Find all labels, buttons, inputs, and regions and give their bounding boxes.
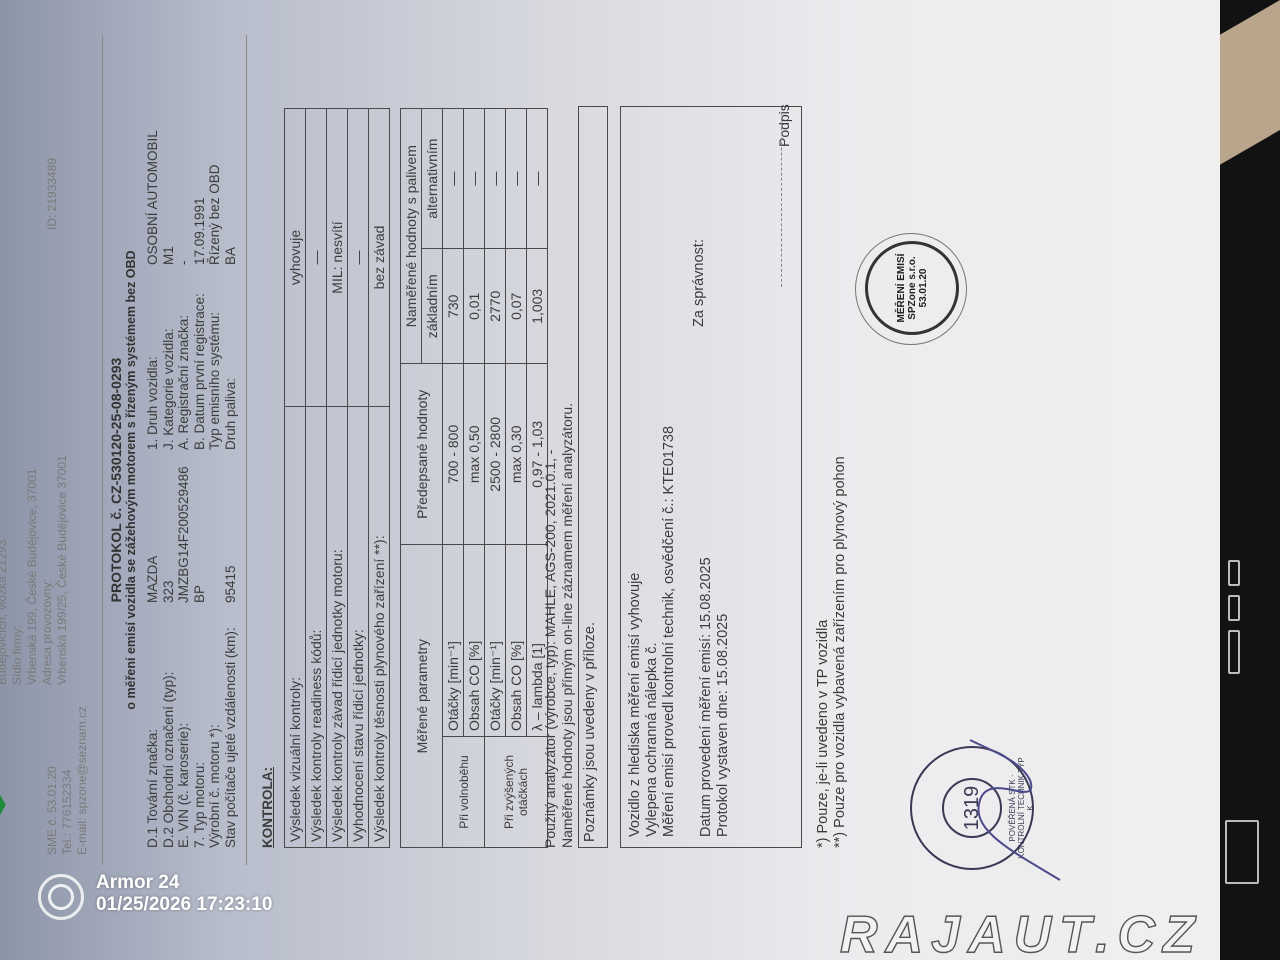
vehicle-info-right: 1. Druh vozidla:OSOBNÍ AUTOMOBILJ. Kateg… [145,130,238,450]
measurement-group: Při volnoběhu [443,737,485,848]
check-label: Výsledek kontroly readiness kódů: [306,407,327,848]
section-heading-kontrola: KONTROLA: [260,767,275,848]
pcb-pad [1228,595,1240,621]
watermark: RAJAUT.CZ [840,905,1203,960]
vehicle-field-value: 17.09.1991 [192,197,207,265]
camera-timestamp: 01/25/2026 17:23:10 [96,894,272,916]
check-label: Výsledek kontroly závad řídicí jednotky … [327,407,348,848]
analyzer-note: Naměřené hodnoty jsou přímým on-line záz… [559,403,576,848]
operator-seat-label: Sídlo firmy: [10,455,25,685]
remarks-box: Poznámky jsou uvedeny v příloze. [578,106,608,848]
protocol-page: CZ SPZone s.r.o. +420 777 154 437 · tabu… [0,30,1080,930]
signature-scribble-icon [950,730,1070,890]
correctness-label: Za správnost: [691,239,707,327]
check-row: Výsledek kontroly readiness kódů:— [306,109,327,848]
measurement-basic: 0,01 [464,249,485,364]
footnotes: *) Pouze, je-li uvedeno v TP vozidla **)… [815,456,849,848]
pcb-connector [1225,820,1259,884]
issue-date: Protokol vystaven dne: 15.08.2025 [715,117,732,837]
checks-table: Výsledek vizuální kontroly:vyhovujeVýsle… [284,108,390,848]
vehicle-info-left: D.1 Tovární značka:MAZDAD.2 Obchodní ozn… [145,466,238,848]
result-box: Vozidlo z hlediska měření emisí vyhovuje… [620,106,802,848]
check-row: Vyhodnocení stavu řídicí jednotky:— [348,109,369,848]
measurements-table: Měřené parametryPředepsané hodnotyNaměře… [400,108,548,848]
signature-line [781,107,782,287]
header-prescribed: Předepsané hodnoty [401,364,443,545]
protocol-subtitle: o měření emisí vozidla se zážehovým moto… [124,30,138,930]
vehicle-field: D.1 Tovární značka:MAZDA [145,466,161,848]
vehicle-field-value: JMZBG14F200529486 [176,466,191,603]
operator-id: ID: 21933489 [45,158,59,230]
stamp-company-code: 53.01.20 [918,269,929,308]
operator-seat: Vrbenská 199, České Budějovice, 37001 [25,455,40,685]
measurement-alternative: — [527,109,548,249]
vehicle-field: Výrobní č. motoru *): [207,466,223,848]
vehicle-field-label: Stav počítače ujeté vzdálenosti (km): [223,603,239,848]
vehicle-field-value: 95415 [223,565,238,603]
sticker-number: Vylepena ochranná nálepka č. [644,117,661,837]
measurement-row: Při zvýšených otáčkáchOtáčky [min⁻¹]2500… [485,109,506,848]
divider [246,35,247,865]
measurement-prescribed: 2500 - 2800 [485,364,506,545]
footnote: **) Pouze pro vozidla vybavená zařízením… [832,456,849,848]
phone: Tel.: 776152334 [60,706,75,855]
header-alternative: alternativním [422,109,443,249]
operator-site: Vrbenská 199/25, České Budějovice 37001 [55,455,70,685]
sme-number: SME č. 53.01.20 [45,706,60,855]
station-contact: SME č. 53.01.20 Tel.: 776152334 E-mail: … [45,706,90,855]
analyzer-info: Použitý analyzátor (výrobce, typ): MAHLE… [542,403,576,848]
technician-certificate: Měření emisí provedl kontrolní technik, … [661,117,678,837]
vehicle-field: B. Datum první registrace:17.09.1991 [192,130,208,450]
measurement-basic: 0,07 [506,249,527,364]
measurement-alternative: — [485,109,506,249]
vehicle-field-value: BA [223,247,238,265]
operator-info: Název provozovatele: SPZone s.r.o., vede… [0,455,70,685]
vehicle-field-label: 1. Druh vozidla: [145,265,161,450]
vehicle-field-label: D.1 Tovární značka: [145,603,161,848]
stamp-company-name: SPZone s.r.o. [907,256,918,319]
vehicle-field-label: J. Kategorie vozidla: [161,265,177,450]
vehicle-field-label: Výrobní č. motoru *): [207,603,223,848]
stamp-company-top: MĚŘENÍ EMISÍ [896,254,907,323]
operator-site-label: Adresa provozovny: [40,455,55,685]
vehicle-field: 1. Druh vozidla:OSOBNÍ AUTOMOBIL [145,130,161,450]
pcb-pad [1228,560,1240,586]
vehicle-field-value: 323 [161,580,176,603]
check-value: vyhovuje [285,109,306,407]
vehicle-field-value: Řízený bez OBD [207,164,222,265]
camera-device: Armor 24 [96,872,179,894]
vehicle-field-label: Druh paliva: [223,265,239,450]
vehicle-field: Druh paliva:BA [223,130,239,450]
vehicle-field-label: B. Datum první registrace: [192,265,208,450]
check-row: Výsledek vizuální kontroly:vyhovuje [285,109,306,848]
vehicle-field: J. Kategorie vozidla:M1 [161,130,177,450]
check-value: — [348,109,369,407]
check-label: Vyhodnocení stavu řídicí jednotky: [348,407,369,848]
header-measured: Naměřené hodnoty s palivem [401,109,422,364]
vehicle-field-value: OSOBNÍ AUTOMOBIL [145,130,160,265]
vehicle-field: E. VIN (č. karoserie):JMZBG14F200529486 [176,466,192,848]
check-row: Výsledek kontroly těsnosti plynového zař… [369,109,390,848]
measurement-prescribed: 700 - 800 [443,364,464,545]
check-label: Výsledek kontroly těsnosti plynového zař… [369,407,390,848]
measurement-basic: 2770 [485,249,506,364]
vehicle-field-label: Typ emisního systému: [207,265,223,450]
header-basic: základním [422,249,443,364]
vehicle-field-value: BP [192,585,207,603]
vehicle-field: D.2 Obchodní označení (typ):323 [161,466,177,848]
measurement-alternative: — [443,109,464,249]
result-verdict: Vozidlo z hlediska měření emisí vyhovuje [627,117,644,837]
measurement-alternative: — [506,109,527,249]
remarks-text: Poznámky jsou uvedeny v příloze. [579,107,601,847]
signature-label: Podpis [776,104,792,147]
company-stamp: MĚŘENÍ EMISÍ SPZone s.r.o. 53.01.20 [865,241,959,335]
vehicle-field-label: 7. Typ motoru: [192,603,208,848]
stk-logo-icon [0,750,8,860]
footnote: *) Pouze, je-li uvedeno v TP vozidla [815,456,832,848]
measurement-date: Datum provedení měření emisí: 15.08.2025 [698,117,715,837]
check-label: Výsledek vizuální kontroly: [285,407,306,848]
analyzer-line: Použitý analyzátor (výrobce, typ): MAHLE… [542,403,559,848]
vehicle-field-label: D.2 Obchodní označení (typ): [161,603,177,848]
vehicle-field-label: A. Registrační značka: [176,265,192,450]
pcb-pad [1228,630,1240,674]
measurement-row: Při volnoběhuOtáčky [min⁻¹]700 - 800730— [443,109,464,848]
measurement-param: Obsah CO [%] [506,545,527,737]
vehicle-field: A. Registrační značka:- [176,130,192,450]
vehicle-field-label: E. VIN (č. karoserie): [176,603,192,848]
divider [102,35,103,865]
email: E-mail: spzone@seznam.cz [75,706,90,855]
measurement-prescribed: max 0,50 [464,364,485,545]
measurement-basic: 1,003 [527,249,548,364]
vehicle-field: 7. Typ motoru:BP [192,466,208,848]
measurement-group: Při zvýšených otáčkách [485,737,548,848]
measurement-prescribed: max 0,30 [506,364,527,545]
header-params: Měřené parametry [401,545,443,848]
vehicle-field-value: M1 [161,246,176,265]
measurement-param: Obsah CO [%] [464,545,485,737]
protocol-title: PROTOKOL č. CZ-530120-25-08-0293 [108,30,124,930]
measurement-alternative: — [464,109,485,249]
check-value: — [306,109,327,407]
check-row: Výsledek kontroly závad řídicí jednotky … [327,109,348,848]
vehicle-field: Typ emisního systému:Řízený bez OBD [207,130,223,450]
measurement-param: Otáčky [min⁻¹] [443,545,464,737]
measurement-basic: 730 [443,249,464,364]
vehicle-field: Stav počítače ujeté vzdálenosti (km):954… [223,466,239,848]
check-value: MIL: nesvítí [327,109,348,407]
measurement-param: Otáčky [min⁻¹] [485,545,506,737]
vehicle-field-value: - [176,261,191,266]
operator-name-line: Budějovicích, vložka 21293 [0,455,10,685]
vehicle-field-value: MAZDA [145,556,160,603]
camera-shutter-icon [38,874,84,920]
check-value: bez závad [369,109,390,407]
